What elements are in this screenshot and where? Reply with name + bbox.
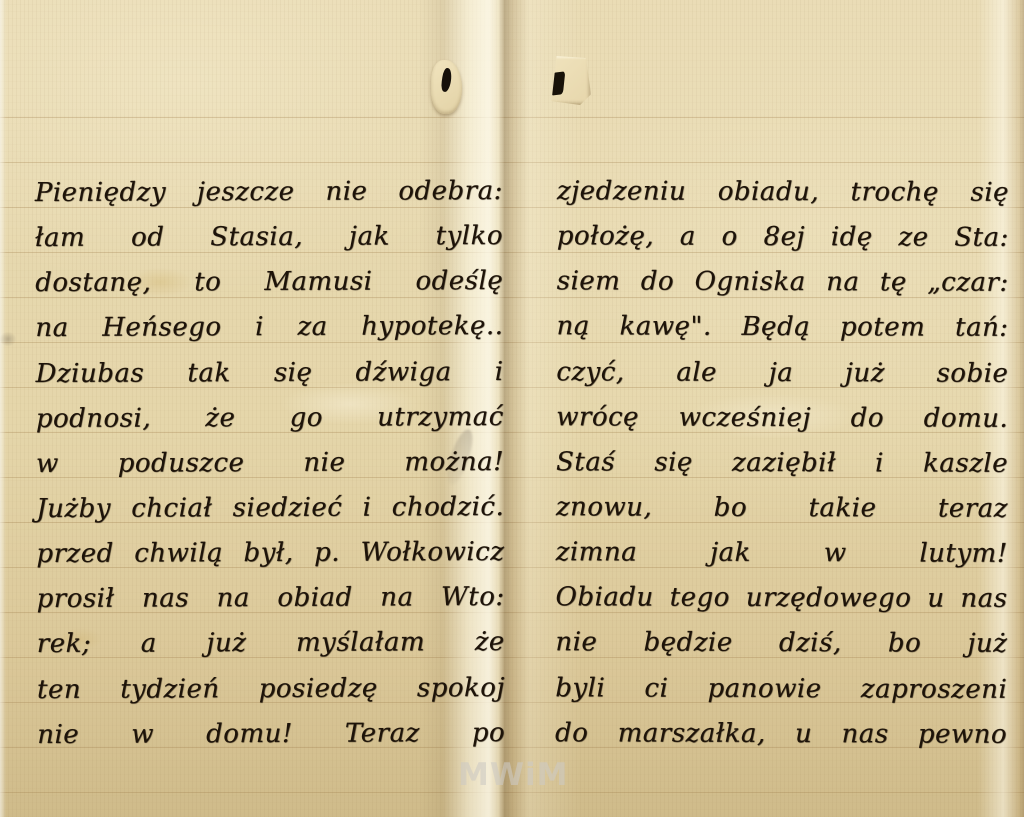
handwritten-line: Obiadu tego urzędowego u nas bbox=[555, 577, 1007, 624]
handwritten-line: byli ci panowie zaproszeni bbox=[555, 668, 1007, 715]
handwritten-line: wrócę wcześniej do domu. bbox=[556, 397, 1008, 444]
paper-stain bbox=[0, 332, 16, 346]
letter-scan: Pieniędzy jeszcze nie odebra: łam od Sta… bbox=[0, 0, 1024, 817]
handwritten-line: ten tydzień posiedzę spokoj bbox=[37, 668, 505, 715]
handwritten-line: przed chwilą był, p. Wołkowicz bbox=[36, 532, 504, 579]
handwritten-line: siem do Ogniska na tę „czar: bbox=[557, 261, 1009, 308]
handwritten-line: ną kawę". Będą potem tań: bbox=[556, 307, 1008, 354]
left-page: Pieniędzy jeszcze nie odebra: łam od Sta… bbox=[35, 171, 506, 760]
handwritten-line: zjedzeniu obiadu, trochę się bbox=[557, 171, 1009, 218]
watermark: MWiM bbox=[458, 757, 569, 793]
handwritten-line: nie w domu! Teraz po bbox=[37, 713, 505, 760]
handwritten-line: Pieniędzy jeszcze nie odebra: bbox=[35, 171, 503, 218]
handwritten-line: czyć, ale ja już sobie bbox=[556, 352, 1008, 399]
handwritten-line: Jużby chciał siedzieć i chodzić. bbox=[36, 487, 504, 534]
paper-tear-left bbox=[431, 60, 462, 114]
handwritten-line: łam od Stasia, jak tylko bbox=[35, 216, 503, 263]
handwritten-line: zimna jak w lutym! bbox=[556, 532, 1008, 579]
handwritten-line: rek; a już myślałam że bbox=[37, 622, 505, 669]
handwritten-line: znowu, bo takie teraz bbox=[556, 487, 1008, 534]
handwritten-line: położę, a o 8ej idę ze Sta: bbox=[557, 216, 1009, 263]
handwritten-line: Staś się zaziębił i kaszle bbox=[556, 442, 1008, 489]
ink-blot-icon bbox=[440, 67, 452, 92]
handwritten-line: Dziubas tak się dźwiga i bbox=[36, 352, 504, 399]
handwritten-line: prosił nas na obiad na Wto: bbox=[36, 577, 504, 624]
handwritten-line: w poduszce nie można! bbox=[36, 442, 504, 489]
handwritten-line: nie będzie dziś, bo już bbox=[555, 623, 1007, 670]
handwritten-line: dostanę, to Mamusi odeślę bbox=[35, 261, 503, 308]
left-page-edge bbox=[0, 0, 6, 817]
handwritten-line: podnosi, że go utrzymać bbox=[36, 397, 504, 444]
right-page: zjedzeniu obiadu, trochę się położę, a o… bbox=[555, 171, 1009, 759]
handwritten-line: na Heńsego i za hypotekę.. bbox=[35, 306, 503, 353]
handwritten-line: do marszałka, u nas pewno bbox=[555, 713, 1007, 760]
